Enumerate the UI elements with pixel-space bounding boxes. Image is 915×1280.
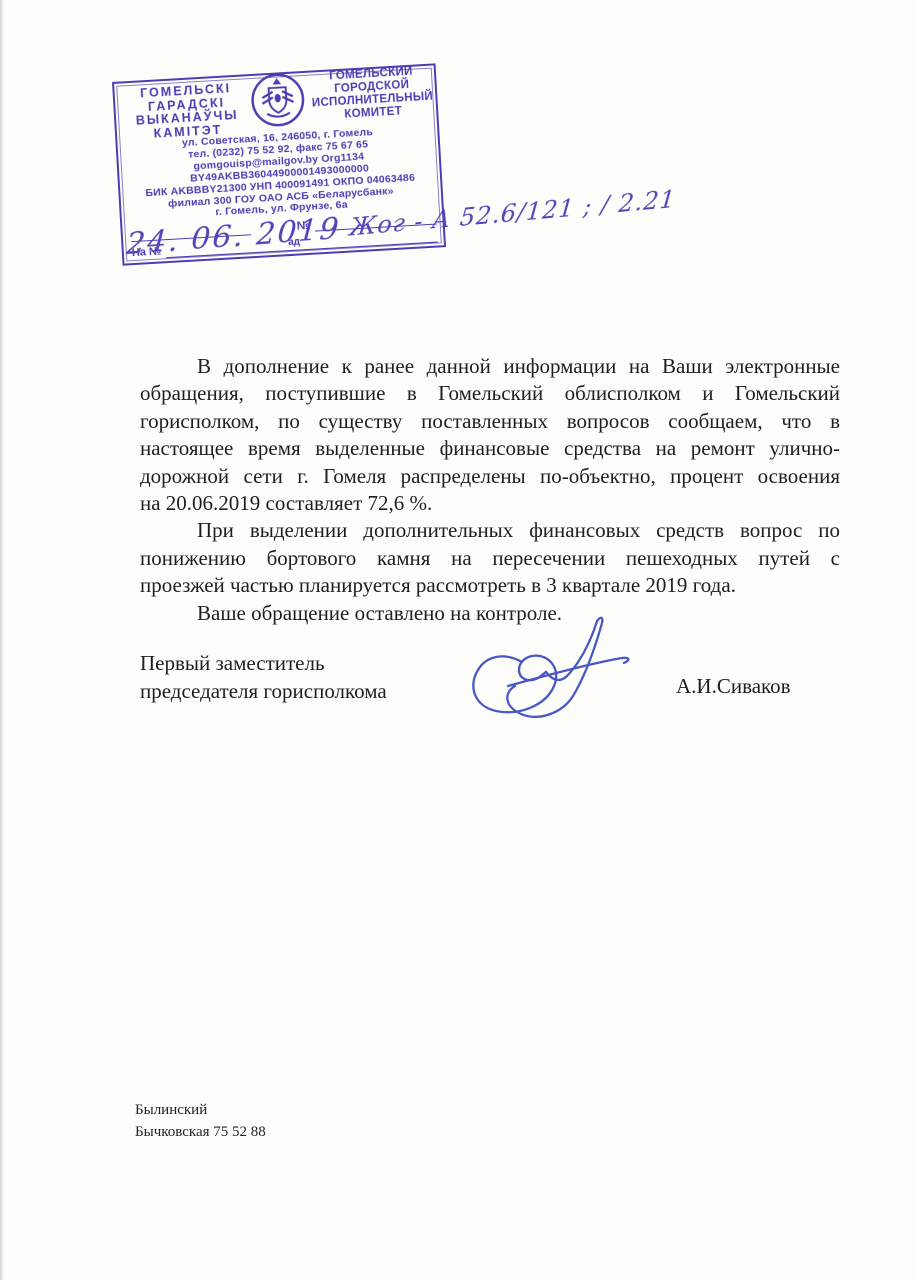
handwritten-signature-icon [452, 606, 652, 728]
body-text-line: настоящее время выделенные финансовые ср… [140, 435, 840, 462]
body-text-line: понижению бортового камня на пересечении… [140, 545, 840, 572]
body-text-line: проезжей частью планируется рассмотреть … [140, 572, 840, 599]
signer-position-line: председателя горисполкома [140, 678, 387, 706]
scan-edge-artifact [0, 0, 4, 1280]
scanned-letter-page: ГОМЕЛЬСКІГАРАДСКІВЫКАНАЎЧЫКАМІТЭТ ГОМЕЛЬ… [0, 0, 915, 1280]
executor-block: Былинский Бычковская 75 52 88 [135, 1099, 266, 1143]
body-text-line: При выделении дополнительных финансовых … [140, 517, 840, 544]
body-text-line: дорожной сети г. Гомеля распределены по-… [140, 463, 840, 490]
body-text-line: на 20.06.2019 составляет 72,6 %. [140, 490, 840, 517]
signer-position-line: Первый заместитель [140, 650, 387, 678]
body-text-line: обращения, поступившие в Гомельский обли… [140, 380, 840, 407]
signer-position: Первый заместитель председателя гориспол… [140, 650, 387, 705]
executor-name: Былинский [135, 1099, 266, 1121]
executor-phone: Бычковская 75 52 88 [135, 1121, 266, 1143]
body-text-line: горисполком, по существу поставленных во… [140, 408, 840, 435]
body-text-line: В дополнение к ранее данной информации н… [140, 353, 840, 380]
signer-name: А.И.Сиваков [676, 674, 791, 699]
letter-body: В дополнение к ранее данной информации н… [140, 353, 840, 627]
stamp-name-russian: ГОМЕЛЬСКИЙГОРОДСКОЙИСПОЛНИТЕЛЬНЫЙКОМИТЕТ [308, 64, 437, 123]
gomel-coat-of-arms-icon [248, 70, 308, 130]
